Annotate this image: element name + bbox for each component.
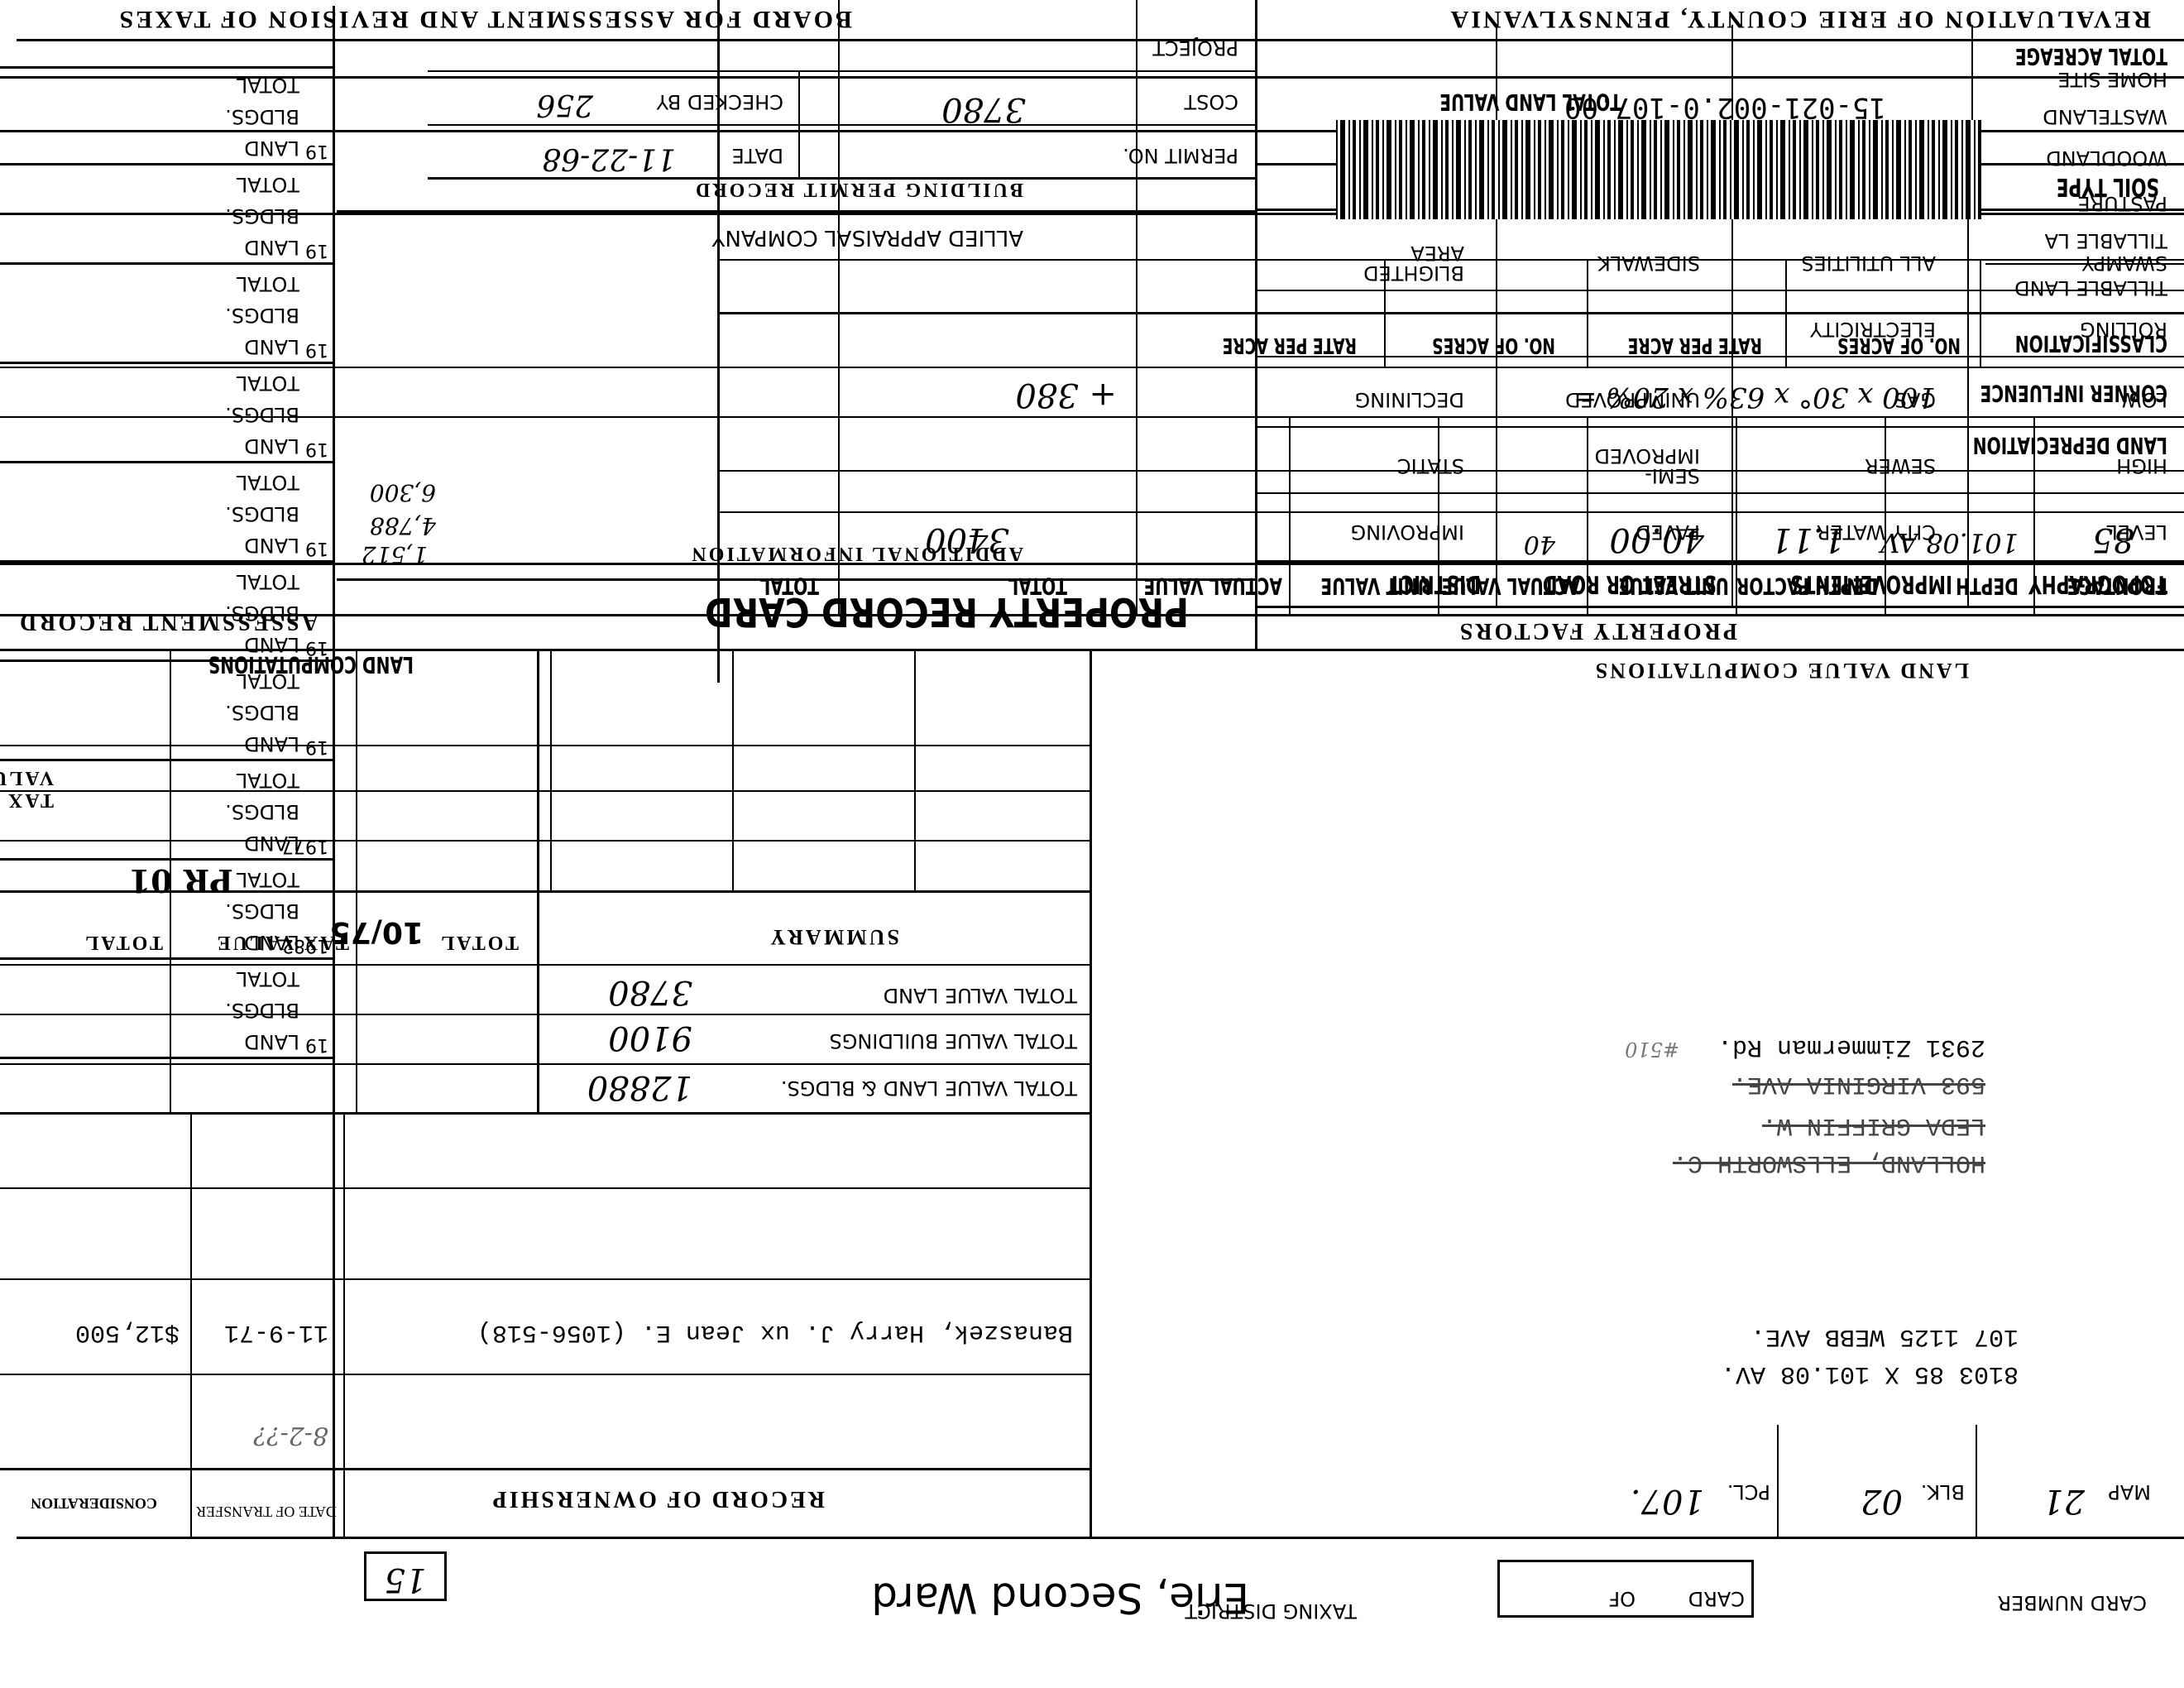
assessment-block: 19 LAND BLDGS. TOTAL	[0, 463, 333, 563]
consideration-value: $12,500	[75, 1318, 180, 1346]
assessment-row-label: BLDGS.	[225, 403, 299, 426]
consideration-header: CONSIDERATION	[0, 1494, 188, 1512]
additional-info-note: 6,300	[370, 479, 436, 506]
no-of-acres-header: NO. OF ACRES	[1432, 333, 1555, 357]
divider	[17, 1537, 2184, 1539]
summary-row-label: TOTAL VALUE BUILDINGS	[830, 1029, 1077, 1053]
address-block: 8103 85 X 101.08 AV. 107 1125 WEBB AVE. …	[1092, 879, 2184, 1425]
summary-row-value[interactable]: 12880	[587, 1068, 692, 1106]
summary-row-value[interactable]: 3780	[608, 973, 692, 1011]
property-factors-title: PROPERTY FACTORS	[1458, 617, 1737, 644]
assessment-row-label: TOTAL	[237, 173, 299, 196]
map-value[interactable]: 21	[2043, 1482, 2085, 1520]
divider	[1290, 418, 1291, 616]
divider	[720, 471, 2184, 472]
taxing-district-label: TAXING DISTRICT	[1257, 1600, 1357, 1622]
divider	[1976, 1425, 1978, 1537]
depth-factor-value[interactable]: 1.11	[1771, 520, 1845, 559]
corner-influence-label: CORNER INFLUENCE	[1980, 380, 2167, 407]
divider	[0, 1188, 1090, 1190]
summary-row-label: TOTAL VALUE LAND & BLDGS.	[781, 1077, 1077, 1100]
additional-info-note: 4,788	[370, 512, 436, 539]
frontage-header: ACTUAL VALUE	[1144, 573, 1282, 600]
ownership-section: RECORD OF OWNERSHIP DATE OF TRANSFER CON…	[0, 1115, 1090, 1537]
blk-label: BLK.	[1921, 1480, 1965, 1503]
acreage-row-label: PASTURE	[2077, 192, 2167, 215]
assessment-row-label: LAND	[244, 633, 299, 656]
assessment-row-label: LAND	[244, 236, 299, 259]
map-block-parcel-row: MAP 21 BLK. 02 PCL. 107.	[1092, 1425, 2184, 1537]
assessment-block: 1977 LAND BLDGS. TOTAL	[0, 761, 333, 861]
land-value-computations-header: LAND VALUE COMPUTATIONS	[720, 650, 2184, 683]
ownership-row[interactable]: Banaszek, Harry J. ux Jean E. (1056-518)…	[0, 1280, 1090, 1371]
assessment-row-label: TOTAL	[237, 769, 299, 792]
permit-date-value[interactable]: 11-22-68	[542, 141, 676, 175]
card-number-label: CARD NUMBER	[2064, 1592, 2147, 1614]
assessment-year: 19	[305, 339, 328, 360]
assessment-row-label: BLDGS.	[225, 304, 299, 327]
assessment-row-label: TOTAL	[237, 372, 299, 395]
divider	[1385, 261, 1387, 368]
total-land-value[interactable]: 3780	[941, 90, 1026, 128]
land-value-computations-title: LAND VALUE COMPUTATIONS	[1593, 658, 1969, 683]
actual-value[interactable]: 40	[1524, 530, 1555, 559]
assessment-row-label: BLDGS.	[225, 602, 299, 625]
assessment-block: 19 LAND BLDGS. TOTAL	[0, 165, 333, 265]
assessment-block: 19 LAND BLDGS. TOTAL	[0, 960, 333, 1059]
divider	[720, 512, 2184, 514]
total-acreage-label: TOTAL ACREAGE	[2015, 43, 2167, 70]
parcel-id: 15-021-002.0-107.00	[1564, 91, 1886, 124]
divider	[1985, 264, 2184, 266]
corner-influence-value[interactable]: 100 x 30° x 63% x 20% =	[1573, 381, 1936, 414]
divider	[1885, 418, 1887, 616]
frontage-header: DEPTH FACTOR	[1736, 573, 1878, 600]
summary-row-value[interactable]: 9100	[608, 1019, 692, 1057]
acreage-row-label: HOME SITE	[2057, 68, 2167, 91]
assessment-row-label: BLDGS.	[225, 800, 299, 823]
assessment-row-label: TOTAL	[237, 669, 299, 693]
divider	[1588, 261, 1589, 368]
total-value[interactable]: 3400	[925, 520, 1009, 559]
frontage-header: ACTUAL VALUE	[1442, 573, 1580, 600]
summary-title: SUMMARY	[768, 924, 899, 949]
divider	[551, 651, 553, 891]
assessment-row-label: LAND	[244, 534, 299, 557]
rate-per-acre-header: RATE PER ACRE	[1628, 333, 1762, 357]
assessment-blocks: 19 LAND BLDGS. TOTAL 1982 10/75 PR 01 LA…	[0, 41, 333, 1059]
frontage-header: UNIT VALUE	[1618, 573, 1729, 600]
assessment-year: 19	[305, 736, 328, 757]
assessment-row-label: LAND	[244, 434, 299, 458]
summary-row-label: TOTAL VALUE LAND	[884, 984, 1077, 1007]
summary-col-total: TOTAL	[438, 931, 519, 953]
assessment-row-label: LAND	[244, 335, 299, 358]
address-note: #510	[1625, 1038, 1679, 1061]
assessment-row-label: TOTAL	[237, 868, 299, 891]
divider	[333, 6, 335, 1537]
assessment-block: 19 LAND BLDGS. TOTAL	[0, 66, 333, 165]
assessment-row-label: TOTAL	[237, 967, 299, 990]
assessment-row-label: TOTAL	[237, 272, 299, 295]
assessment-row-label: BLDGS.	[225, 105, 299, 128]
ownership-row[interactable]: 8-2-??	[0, 1375, 1090, 1466]
address-line-struck: HOLLAND, ELLSWORTH C.	[1673, 1149, 1985, 1177]
address-line-struck: 593 VIRGINIA AVE.	[1732, 1070, 1985, 1098]
depth-value[interactable]: 101.08 AV	[1880, 527, 2019, 559]
pcl-label: PCL.	[1727, 1480, 1770, 1503]
total-land-value-row: TOTAL LAND VALUE 3780	[720, 41, 2184, 132]
assessment-row-label: TOTAL	[237, 74, 299, 97]
divider	[0, 1468, 1090, 1470]
barcode-area	[1030, 120, 1981, 219]
divider	[0, 1374, 1090, 1376]
assessment-block: 19 LAND BLDGS. TOTAL	[0, 364, 333, 463]
of-label: OF	[1608, 1587, 1636, 1610]
divider	[0, 1112, 1090, 1115]
acreage-row-label: WASTELAND	[2043, 105, 2167, 128]
frontage-header: TOTAL	[759, 573, 819, 600]
assessment-block: 19 LAND BLDGS. TOTAL	[0, 265, 333, 364]
divider	[0, 1064, 1090, 1066]
assessment-row-label: LAND	[244, 732, 299, 755]
assessment-year: 19	[305, 141, 328, 161]
assessment-year: 19	[305, 240, 328, 261]
blk-value[interactable]: 02	[1861, 1482, 1903, 1520]
divider	[720, 312, 2184, 314]
assessment-row-label: TOTAL	[237, 570, 299, 593]
classification-label: CLASSIFICATION	[2015, 330, 2167, 357]
divider	[357, 651, 358, 1115]
unit-value[interactable]: 40.00	[1609, 520, 1704, 559]
rate-per-acre-header: RATE PER ACRE	[1223, 333, 1357, 357]
assessment-row-label: BLDGS.	[225, 999, 299, 1022]
pcl-value[interactable]: 107.	[1631, 1482, 1704, 1520]
assessment-row-label: BLDGS.	[225, 899, 299, 923]
assessment-year: 19	[305, 1034, 328, 1055]
assessment-block: 19 LAND BLDGS. TOTAL	[0, 563, 333, 662]
lot-line-1: 107 1125 WEBB AVE.	[1751, 1322, 2019, 1350]
acreage-row-label: TILLABLE LAND	[2014, 276, 2167, 300]
assessment-block: 19 LAND BLDGS. TOTAL	[0, 662, 333, 761]
address-line-struck: LEDA GRIFFIN W.	[1762, 1111, 1985, 1139]
card-of-box[interactable]: CARD OF	[1497, 1560, 1754, 1618]
assessment-block: 1982 10/75 PR 01 LAND BLDGS. TOTAL	[0, 861, 333, 960]
ownership-title: RECORD OF OWNERSHIP	[491, 1485, 825, 1512]
divider	[1980, 261, 1982, 368]
assessment-side-note: 10/75	[330, 915, 424, 949]
assessment-row-label: BLDGS.	[225, 701, 299, 724]
divider	[1786, 261, 1788, 368]
frontage-value[interactable]: 85	[2092, 520, 2134, 559]
assessment-row-label: LAND	[244, 137, 299, 160]
taxing-district-value: Erie, Second Ward	[871, 1574, 1249, 1622]
acreage-row-label: WOODLAND	[2046, 146, 2167, 170]
owner-name: Banaszek, Harry J. ux Jean E. (1056-518)	[477, 1318, 1073, 1346]
assessment-row-label: LAND	[244, 832, 299, 855]
divider	[733, 651, 735, 891]
divider	[1588, 418, 1589, 616]
corner-influence-total[interactable]: + 380	[1015, 376, 1117, 414]
divider	[537, 651, 539, 1115]
assessment-stamp: PR 01	[129, 862, 233, 899]
assessment-year: 19	[305, 439, 328, 459]
assessment-row-label: TOTAL	[237, 471, 299, 494]
divider	[915, 651, 917, 891]
divider	[1439, 418, 1440, 616]
assessment-row-label: BLDGS.	[225, 502, 299, 525]
card-label: CARD	[1688, 1587, 1745, 1610]
assessment-row-label: LAND	[244, 1030, 299, 1053]
transfer-date: 11-9-71	[224, 1318, 328, 1346]
permit-date-label: DATE	[732, 144, 783, 167]
assessment-row-label: BLDGS.	[225, 204, 299, 228]
divider	[720, 260, 2184, 261]
assessment-year: 19	[305, 538, 328, 559]
assessment-row-label: LAND	[244, 931, 299, 954]
frontage-header: TOTAL	[1008, 573, 1067, 600]
lot-line-2: 8103 85 X 101.08 AV.	[1721, 1360, 2019, 1388]
map-label: MAP	[2108, 1480, 2151, 1503]
frontage-header: FRONTAGE	[2067, 573, 2167, 600]
checked-by-value[interactable]: 256	[536, 88, 593, 122]
address-line-current: 2931 Zimmerman Rd.	[1717, 1033, 1985, 1061]
date-of-transfer-header: DATE OF TRANSFER	[192, 1503, 341, 1520]
assessment-year: 19	[305, 637, 328, 658]
property-record-card: REVALUATION OF ERIE COUNTY, PENNSYLVANIA…	[0, 0, 2184, 1688]
transfer-date: 8-2-??	[253, 1421, 328, 1450]
frontage-header: UNIT VALUE	[1320, 573, 1431, 600]
acreage-row-label: TILLABLE LA	[2045, 229, 2167, 252]
land-depreciation-label: LAND DEPRECIATION	[1973, 432, 2167, 459]
divider	[1778, 1425, 1779, 1537]
divider	[0, 1279, 1090, 1281]
box-value: 15	[364, 1551, 447, 1601]
barcode	[1336, 120, 1981, 219]
divider	[1736, 418, 1738, 616]
frontage-rows: 85 101.08 AV 1.11 40.00 40 3400	[720, 174, 2184, 563]
frontage-header: DEPTH	[1956, 573, 2019, 600]
no-of-acres-header: NO. OF ACRES	[1837, 333, 1961, 357]
